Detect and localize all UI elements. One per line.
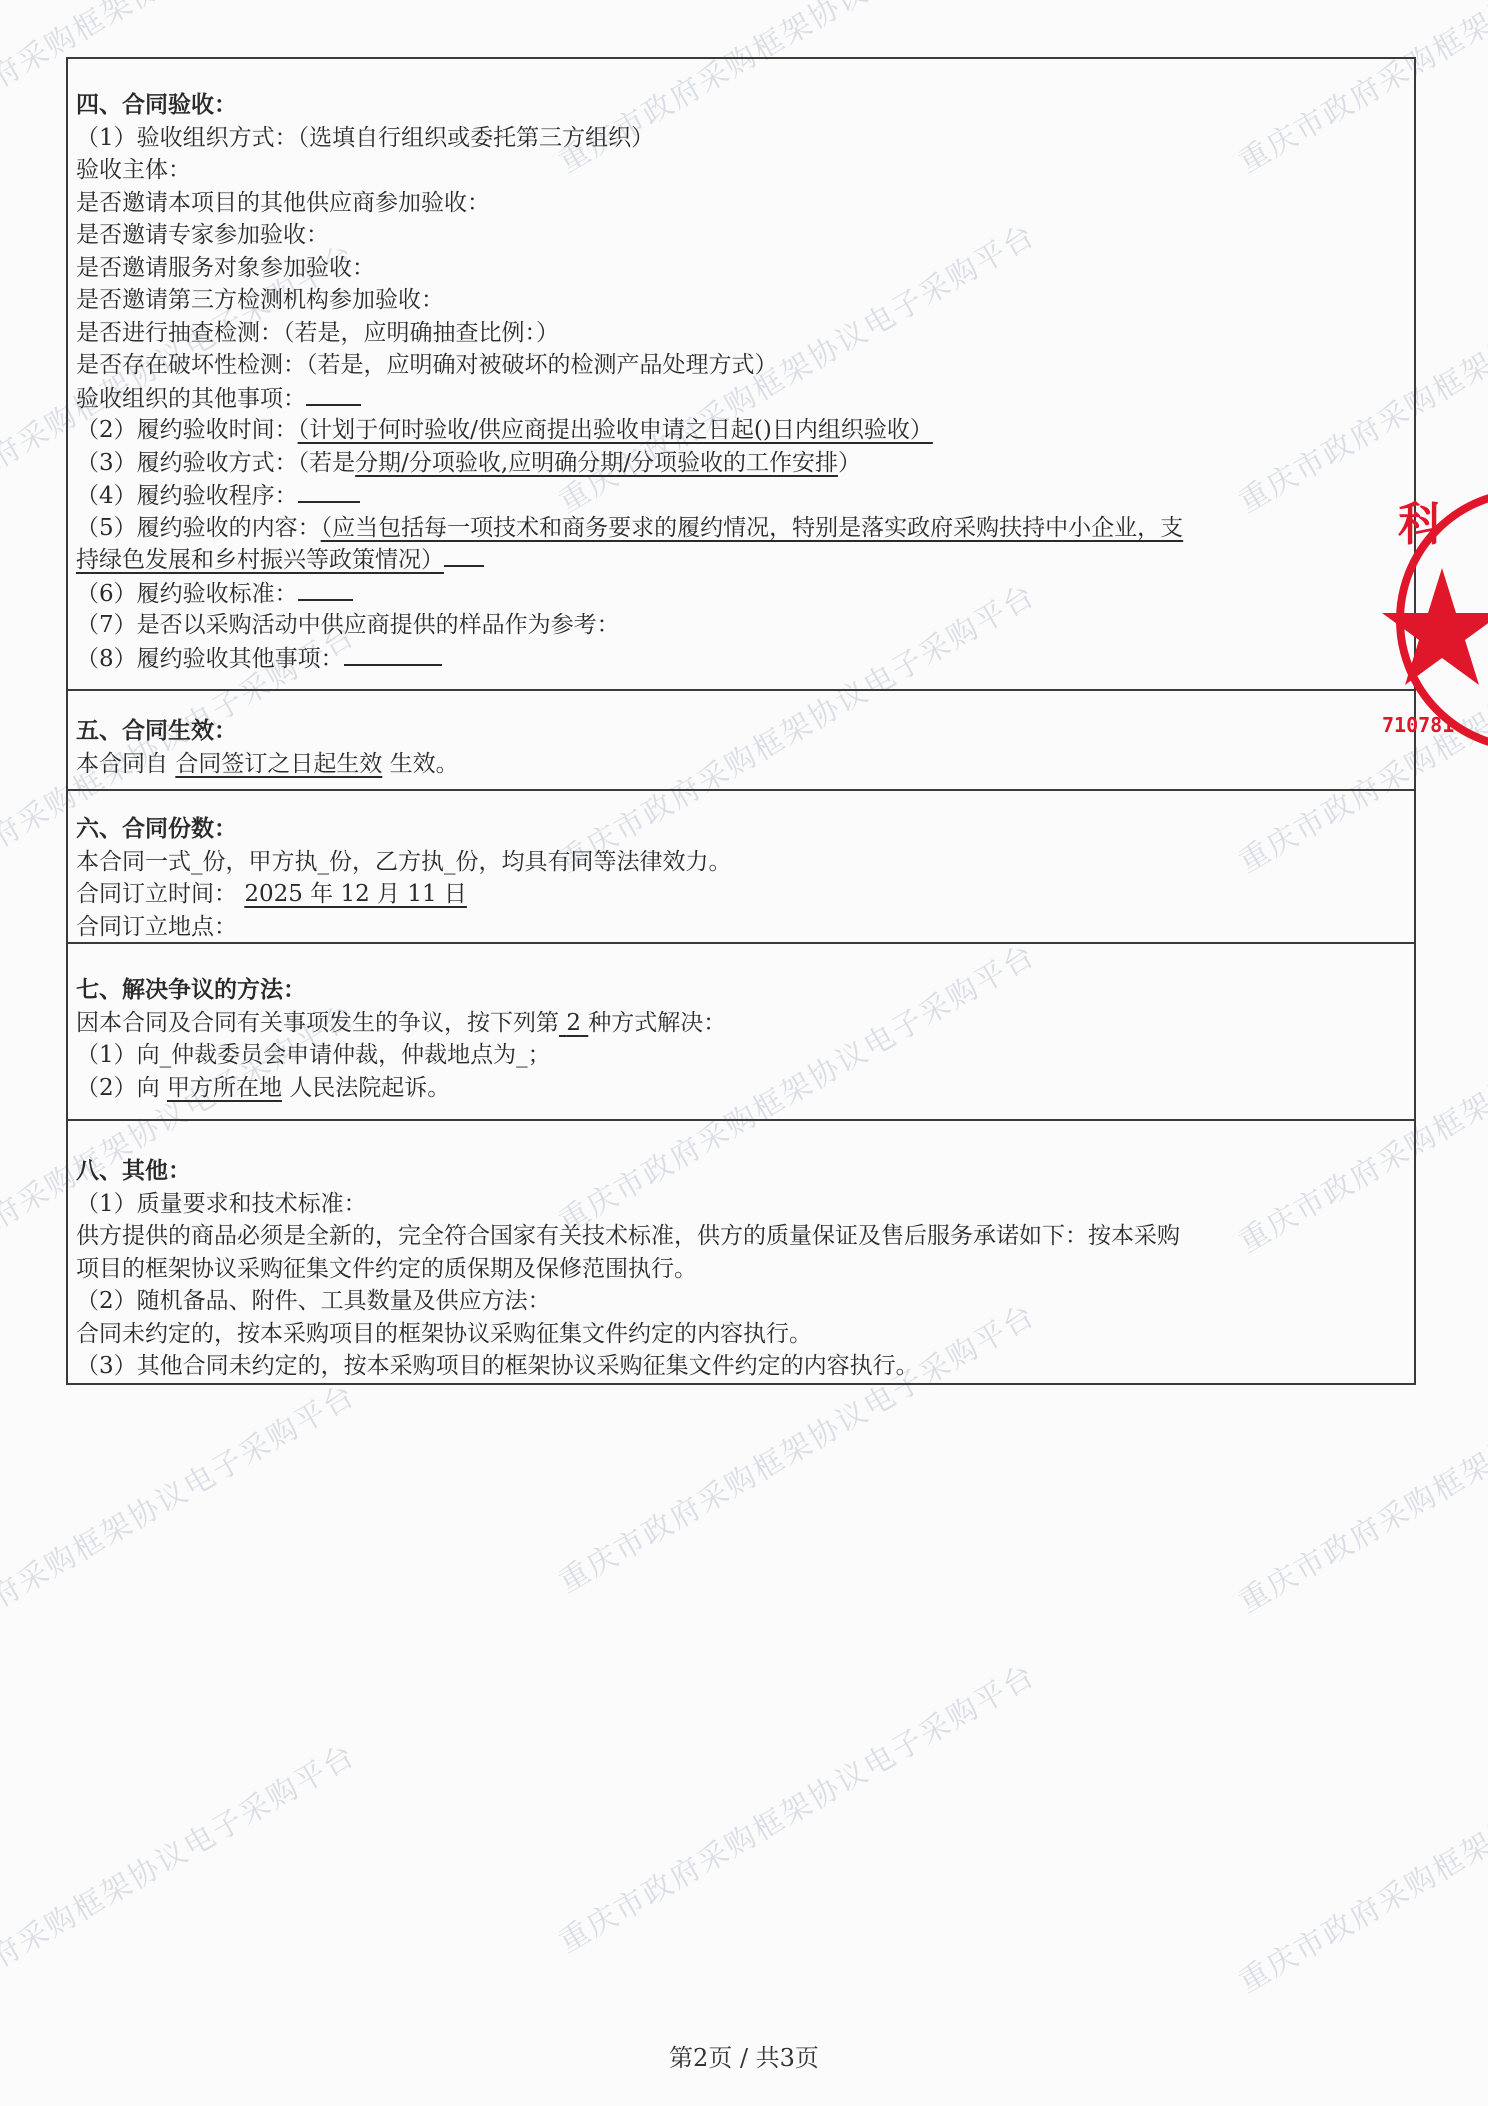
signing-date-label: 合同订立时间： bbox=[76, 881, 237, 907]
page-footer: 第2页 / 共3页 bbox=[0, 2038, 1488, 2073]
dispute-option-arbitration: （1）向_仲裁委员会申请仲裁，仲裁地点为_； bbox=[76, 1039, 1414, 1072]
quality-label: （1）质量要求和技术标准： bbox=[76, 1188, 1414, 1221]
section-heading: 四、合同验收： bbox=[76, 89, 1414, 122]
acceptance-procedure: （4）履约验收程序： bbox=[76, 479, 1414, 512]
dispute-court-value: 甲方所在地 bbox=[167, 1075, 282, 1101]
effectiveness-text: 本合同自 合同签订之日起生效 生效。 bbox=[76, 748, 1414, 781]
q-third-party: 是否邀请第三方检测机构参加验收： bbox=[76, 284, 1414, 317]
acceptance-content-value: （应当包括每一项技术和商务要求的履约情况，特别是落实政府采购扶持中小企业，支 bbox=[321, 515, 1184, 541]
signing-date-value: 2025 年 12 月 11 日 bbox=[244, 881, 467, 907]
q-experts: 是否邀请专家参加验收： bbox=[76, 219, 1414, 252]
copies-text: 本合同一式_份，甲方执_份，乙方执_份，均具有同等法律效力。 bbox=[76, 846, 1414, 879]
section-heading: 八、其他： bbox=[76, 1155, 1414, 1188]
contract-table: 四、合同验收： （1）验收组织方式：（选填自行组织或委托第三方组织） 验收主体：… bbox=[66, 57, 1416, 1385]
acceptance-method-label: （3）履约验收方式： bbox=[76, 450, 298, 476]
section-dispute: 七、解决争议的方法： 因本合同及合同有关事项发生的争议，按下列第 2 种方式解决… bbox=[68, 942, 1414, 1119]
acceptance-content-value-cont: 持绿色发展和乡村振兴等政策情况） bbox=[76, 547, 444, 573]
effectiveness-value: 合同签订之日起生效 bbox=[175, 751, 382, 777]
acceptance-subject: 验收主体： bbox=[76, 154, 1414, 187]
quality-text: 供方提供的商品必须是全新的，完全符合国家有关技术标准，供方的质量保证及售后服务承… bbox=[76, 1220, 1414, 1253]
watermark: 重庆市政府采购框架协议电子采购平台 bbox=[0, 1371, 362, 1681]
section-copies: 六、合同份数： 本合同一式_份，甲方执_份，乙方执_份，均具有同等法律效力。 合… bbox=[68, 789, 1414, 942]
q-sampling: 是否进行抽查检测：（若是，应明确抽查比例：） bbox=[76, 317, 1414, 350]
spare-parts-text: 合同未约定的，按本采购项目的框架协议采购征集文件约定的内容执行。 bbox=[76, 1318, 1414, 1351]
effectiveness-prefix: 本合同自 bbox=[76, 751, 168, 777]
quality-text-cont: 项目的框架协议采购征集文件约定的质保期及保修范围执行。 bbox=[76, 1253, 1414, 1286]
effectiveness-suffix: 生效。 bbox=[390, 751, 459, 777]
dispute-court-suffix: 人民法院起诉。 bbox=[289, 1075, 450, 1101]
dispute-intro-suffix: 种方式解决： bbox=[588, 1010, 726, 1036]
watermark: 重庆市政府采购框架协议电子采购平台 bbox=[549, 1651, 1042, 1961]
blank-field bbox=[306, 382, 361, 406]
acceptance-time-value: （计划于何时验收/供应商提出验收申请之日起()日内组织验收） bbox=[298, 417, 933, 443]
acceptance-content: （5）履约验收的内容：（应当包括每一项技术和商务要求的履约情况，特别是落实政府采… bbox=[76, 512, 1414, 545]
acceptance-procedure-label: （4）履约验收程序： bbox=[76, 483, 298, 509]
blank-field bbox=[444, 545, 484, 567]
watermark: 重庆市政府采购框架协议电子采购平台 bbox=[1229, 1691, 1488, 2001]
dispute-method-value: 2 bbox=[566, 1010, 581, 1036]
spare-parts-label: （2）随机备品、附件、工具数量及供应方法： bbox=[76, 1285, 1414, 1318]
dispute-intro-prefix: 因本合同及合同有关事项发生的争议，按下列第 bbox=[76, 1010, 559, 1036]
watermark: 重庆市政府采购框架协议电子采购平台 bbox=[0, 1731, 362, 2041]
acceptance-other-label: （8）履约验收其他事项： bbox=[76, 646, 344, 672]
section-heading: 五、合同生效： bbox=[76, 715, 1414, 748]
signing-place: 合同订立地点： bbox=[76, 911, 1414, 944]
acceptance-org-method: （1）验收组织方式：（选填自行组织或委托第三方组织） bbox=[76, 122, 1414, 155]
other-terms-text: （3）其他合同未约定的，按本采购项目的框架协议采购征集文件约定的内容执行。 bbox=[76, 1350, 1414, 1383]
q-destructive: 是否存在破坏性检测：（若是，应明确对被破坏的检测产品处理方式） bbox=[76, 349, 1414, 382]
acceptance-time-label: （2）履约验收时间： bbox=[76, 417, 298, 443]
dispute-option-court: （2）向 甲方所在地 人民法院起诉。 bbox=[76, 1072, 1414, 1105]
dispute-intro: 因本合同及合同有关事项发生的争议，按下列第 2 种方式解决： bbox=[76, 1007, 1414, 1040]
acceptance-standard-label: （6）履约验收标准： bbox=[76, 581, 298, 607]
section-heading: 六、合同份数： bbox=[76, 813, 1414, 846]
signing-date: 合同订立时间： 2025 年 12 月 11 日 bbox=[76, 878, 1414, 911]
section-acceptance: 四、合同验收： （1）验收组织方式：（选填自行组织或委托第三方组织） 验收主体：… bbox=[68, 59, 1414, 689]
blank-field bbox=[298, 479, 360, 503]
acceptance-standard: （6）履约验收标准： bbox=[76, 577, 1414, 610]
sample-reference: （7）是否以采购活动中供应商提供的样品作为参考： bbox=[76, 609, 1414, 642]
acceptance-other: （8）履约验收其他事项： bbox=[76, 642, 1414, 675]
acceptance-content-label: （5）履约验收的内容： bbox=[76, 515, 321, 541]
q-service-objects: 是否邀请服务对象参加验收： bbox=[76, 252, 1414, 285]
section-heading: 七、解决争议的方法： bbox=[76, 974, 1414, 1007]
section-effectiveness: 五、合同生效： 本合同自 合同签订之日起生效 生效。 bbox=[68, 689, 1414, 789]
blank-field bbox=[344, 642, 442, 666]
dispute-court-prefix: （2）向 bbox=[76, 1075, 160, 1101]
other-matters: 验收组织的其他事项： bbox=[76, 382, 1414, 415]
other-matters-label: 验收组织的其他事项： bbox=[76, 386, 306, 412]
acceptance-time: （2）履约验收时间：（计划于何时验收/供应商提出验收申请之日起()日内组织验收） bbox=[76, 414, 1414, 447]
acceptance-content-cont: 持绿色发展和乡村振兴等政策情况） bbox=[76, 544, 1414, 577]
dispute-method-number: 2 bbox=[559, 1010, 588, 1036]
acceptance-method-suffix: ） bbox=[838, 450, 861, 476]
acceptance-method-value: 分期/分项验收,应明确分期/分项验收的工作安排 bbox=[355, 450, 838, 476]
acceptance-method: （3）履约验收方式：（若是分期/分项验收,应明确分期/分项验收的工作安排） bbox=[76, 447, 1414, 480]
acceptance-method-prefix: （若是 bbox=[298, 450, 356, 476]
blank-field bbox=[298, 577, 353, 601]
section-other: 八、其他： （1）质量要求和技术标准： 供方提供的商品必须是全新的，完全符合国家… bbox=[68, 1119, 1414, 1383]
q-other-suppliers: 是否邀请本项目的其他供应商参加验收： bbox=[76, 187, 1414, 220]
